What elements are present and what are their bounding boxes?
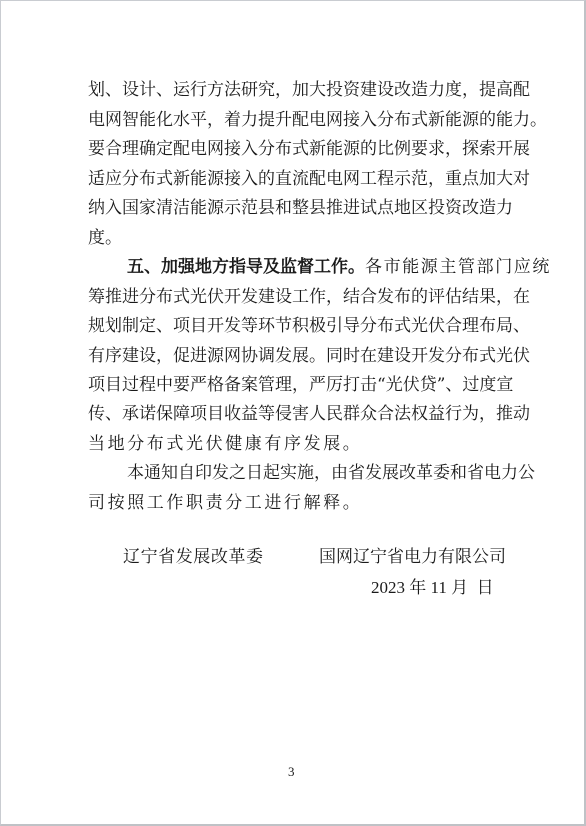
paragraph-line: 有序建设，促进源网协调发展。同时在建设开发分布式光伏 [88, 344, 504, 368]
paragraph-line: 纳入国家清洁能源示范县和整县推进试点地区投资改造力 [88, 196, 504, 220]
document-page: 划、设计、运行方法研究，加大投资建设改造力度，提高配 电网智能化水平，着力提升配… [0, 0, 586, 826]
paragraph-line: 项目过程中要严格备案管理，严厉打击“光伏贷”、过度宣 [88, 373, 504, 397]
paragraph-line: 度。 [88, 226, 504, 250]
paragraph-line: 传、承诺保障项目收益等侵害人民群众合法权益行为，推动 [88, 402, 504, 426]
paragraph-line: 适应分布式新能源接入的直流配电网工程示范，重点加大对 [88, 167, 504, 191]
paragraph-line: 划、设计、运行方法研究，加大投资建设改造力度，提高配 [88, 78, 504, 102]
paragraph-line: 电网智能化水平，着力提升配电网接入分布式新能源的能力。 [88, 108, 504, 132]
section-first-line-text: 各市能源主管部门应统 [365, 255, 551, 279]
paragraph-line: 当地分布式光伏健康有序发展。 [88, 432, 504, 456]
paragraph-line: 规划制定、项目开发等环节积极引导分布式光伏合理布局、 [88, 314, 504, 338]
paragraph-line: 要合理确定配电网接入分布式新能源的比例要求，探索开展 [88, 137, 504, 161]
signatory-ndrc: 辽宁省发展改革委 [123, 545, 263, 569]
issue-date: 2023 年 11 月 日 [371, 576, 494, 600]
section-heading: 五、加强地方指导及监督工作。 [127, 255, 365, 279]
page-number: 3 [288, 764, 295, 780]
paragraph-line: 本通知自印发之日起实施，由省发展改革委和省电力公 [127, 461, 504, 485]
paragraph-line: 司按照工作职责分工进行解释。 [88, 491, 504, 515]
section-first-line: 五、加强地方指导及监督工作。 各市能源主管部门应统 [127, 255, 504, 279]
paragraph-line: 筹推进分布式光伏开发建设工作，结合发布的评估结果，在 [88, 285, 504, 309]
signatory-state-grid: 国网辽宁省电力有限公司 [319, 545, 487, 569]
